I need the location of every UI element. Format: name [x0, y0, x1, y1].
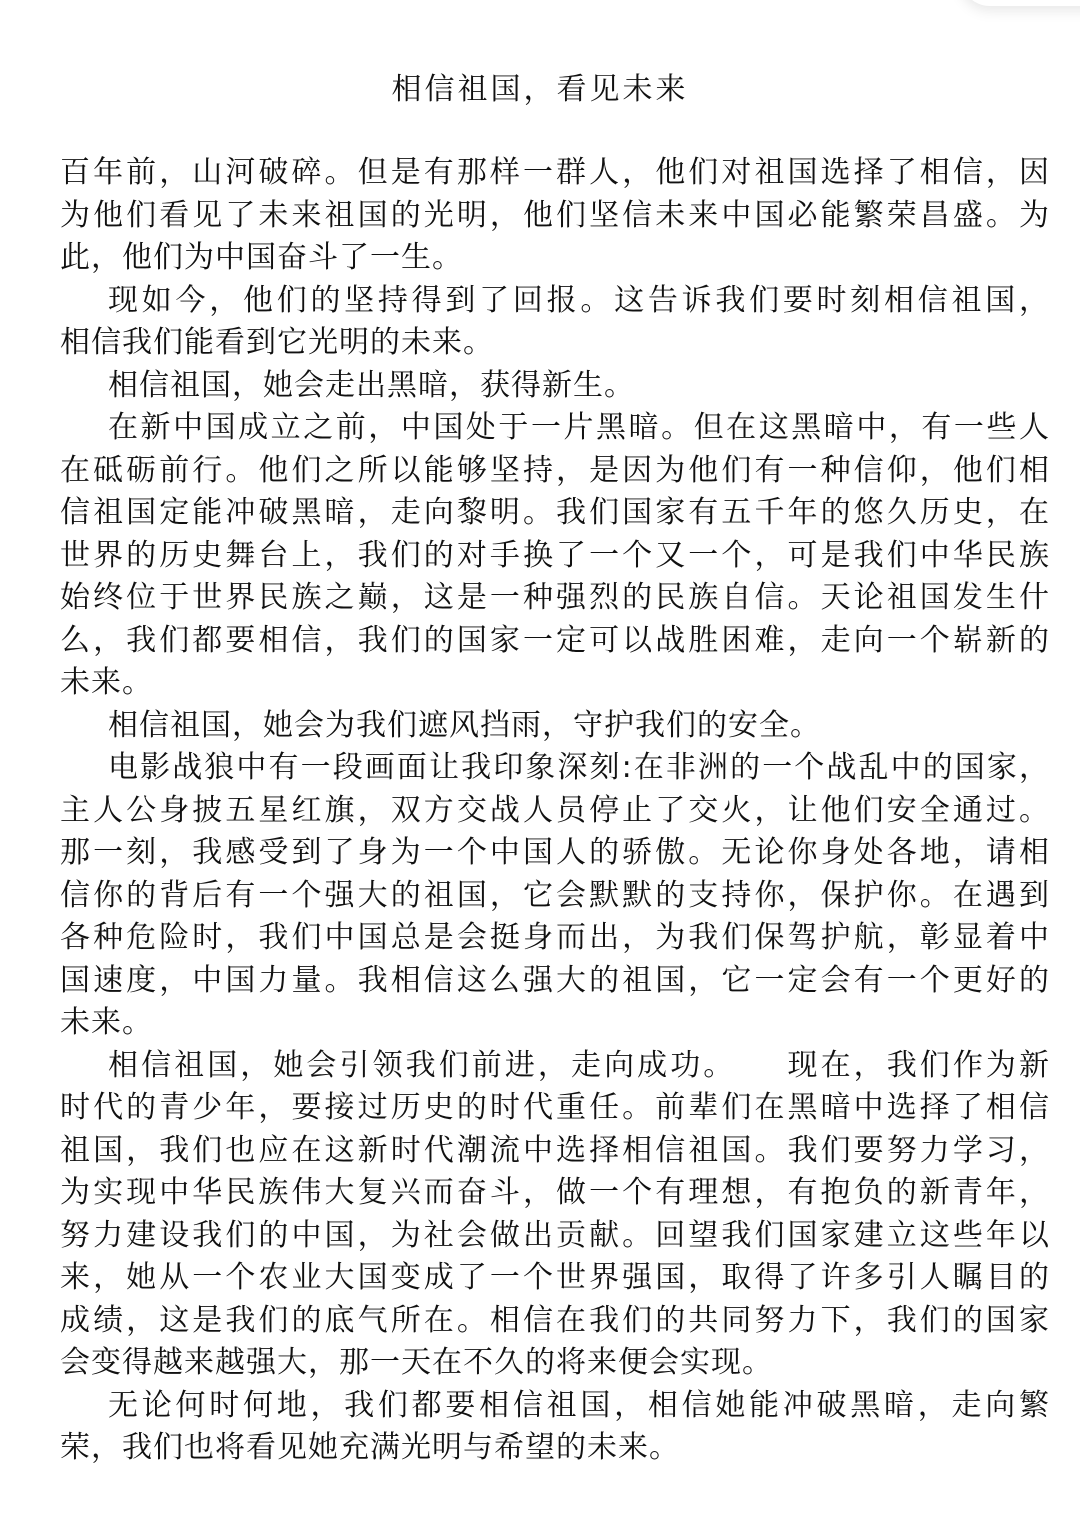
text-line: 相信祖国，她会走出黑暗，获得新生。	[60, 365, 1050, 408]
document-title: 相信祖国，看见未来	[0, 70, 1080, 110]
text-line: 为实现中华民族伟大复兴而奋斗，做一个有理想，有抱负的新青年，	[60, 1172, 1050, 1215]
text-line: 国速度，中国力量。我相信这么强大的祖国，它一定会有一个更好的	[60, 960, 1050, 1003]
text-line: 相信祖国，她会引领我们前进，走向成功。 现在，我们作为新	[60, 1045, 1050, 1088]
text-line: 来，她从一个农业大国变成了一个世界强国，取得了许多引人瞩目的	[60, 1257, 1050, 1300]
text-line: 各种危险时，我们中国总是会挺身而出，为我们保驾护航，彰显着中	[60, 917, 1050, 960]
text-line: 信你的背后有一个强大的祖国，它会默默的支持你，保护你。在遇到	[60, 875, 1050, 918]
text-line: 百年前，山河破碎。但是有那样一群人，他们对祖国选择了相信，因	[60, 152, 1050, 195]
text-line: 会变得越来越强大，那一天在不久的将来便会实现。	[60, 1342, 1050, 1385]
text-line: 未来。	[60, 1002, 1050, 1045]
text-line: 努力建设我们的中国，为社会做出贡献。回望我们国家建立这些年以	[60, 1215, 1050, 1258]
text-line: 无论何时何地，我们都要相信祖国，相信她能冲破黑暗，走向繁	[60, 1385, 1050, 1428]
text-line: 相信祖国，她会为我们遮风挡雨，守护我们的安全。	[60, 705, 1050, 748]
text-line: 为他们看见了未来祖国的光明，他们坚信未来中国必能繁荣昌盛。为	[60, 195, 1050, 238]
text-line: 时代的青少年，要接过历史的时代重任。前辈们在黑暗中选择了相信	[60, 1087, 1050, 1130]
text-line: 祖国，我们也应在这新时代潮流中选择相信祖国。我们要努力学习，	[60, 1130, 1050, 1173]
page-corner-shadow	[960, 0, 1080, 6]
text-line: 未来。	[60, 662, 1050, 705]
text-line: 信祖国定能冲破黑暗，走向黎明。我们国家有五千年的悠久历史，在	[60, 492, 1050, 535]
text-line: 么，我们都要相信，我们的国家一定可以战胜困难，走向一个崭新的	[60, 620, 1050, 663]
text-line: 现如今，他们的坚持得到了回报。这告诉我们要时刻相信祖国，	[60, 280, 1050, 323]
text-line: 主人公身披五星红旗，双方交战人员停止了交火，让他们安全通过。	[60, 790, 1050, 833]
text-line: 始终位于世界民族之巅，这是一种强烈的民族自信。天论祖国发生什	[60, 577, 1050, 620]
text-line: 成绩，这是我们的底气所在。相信在我们的共同努力下，我们的国家	[60, 1300, 1050, 1343]
text-line: 在砥砺前行。他们之所以能够坚持，是因为他们有一种信仰，他们相	[60, 450, 1050, 493]
text-line: 相信我们能看到它光明的未来。	[60, 322, 1050, 365]
document-body: 百年前，山河破碎。但是有那样一群人，他们对祖国选择了相信，因为他们看见了未来祖国…	[60, 152, 1050, 1470]
text-line: 此，他们为中国奋斗了一生。	[60, 237, 1050, 280]
text-line: 那一刻，我感受到了身为一个中国人的骄傲。无论你身处各地，请相	[60, 832, 1050, 875]
text-line: 荣，我们也将看见她充满光明与希望的未来。	[60, 1427, 1050, 1470]
text-line: 世界的历史舞台上，我们的对手换了一个又一个，可是我们中华民族	[60, 535, 1050, 578]
text-line: 电影战狼中有一段画面让我印象深刻:在非洲的一个战乱中的国家，	[60, 747, 1050, 790]
text-line: 在新中国成立之前，中国处于一片黑暗。但在这黑暗中，有一些人	[60, 407, 1050, 450]
